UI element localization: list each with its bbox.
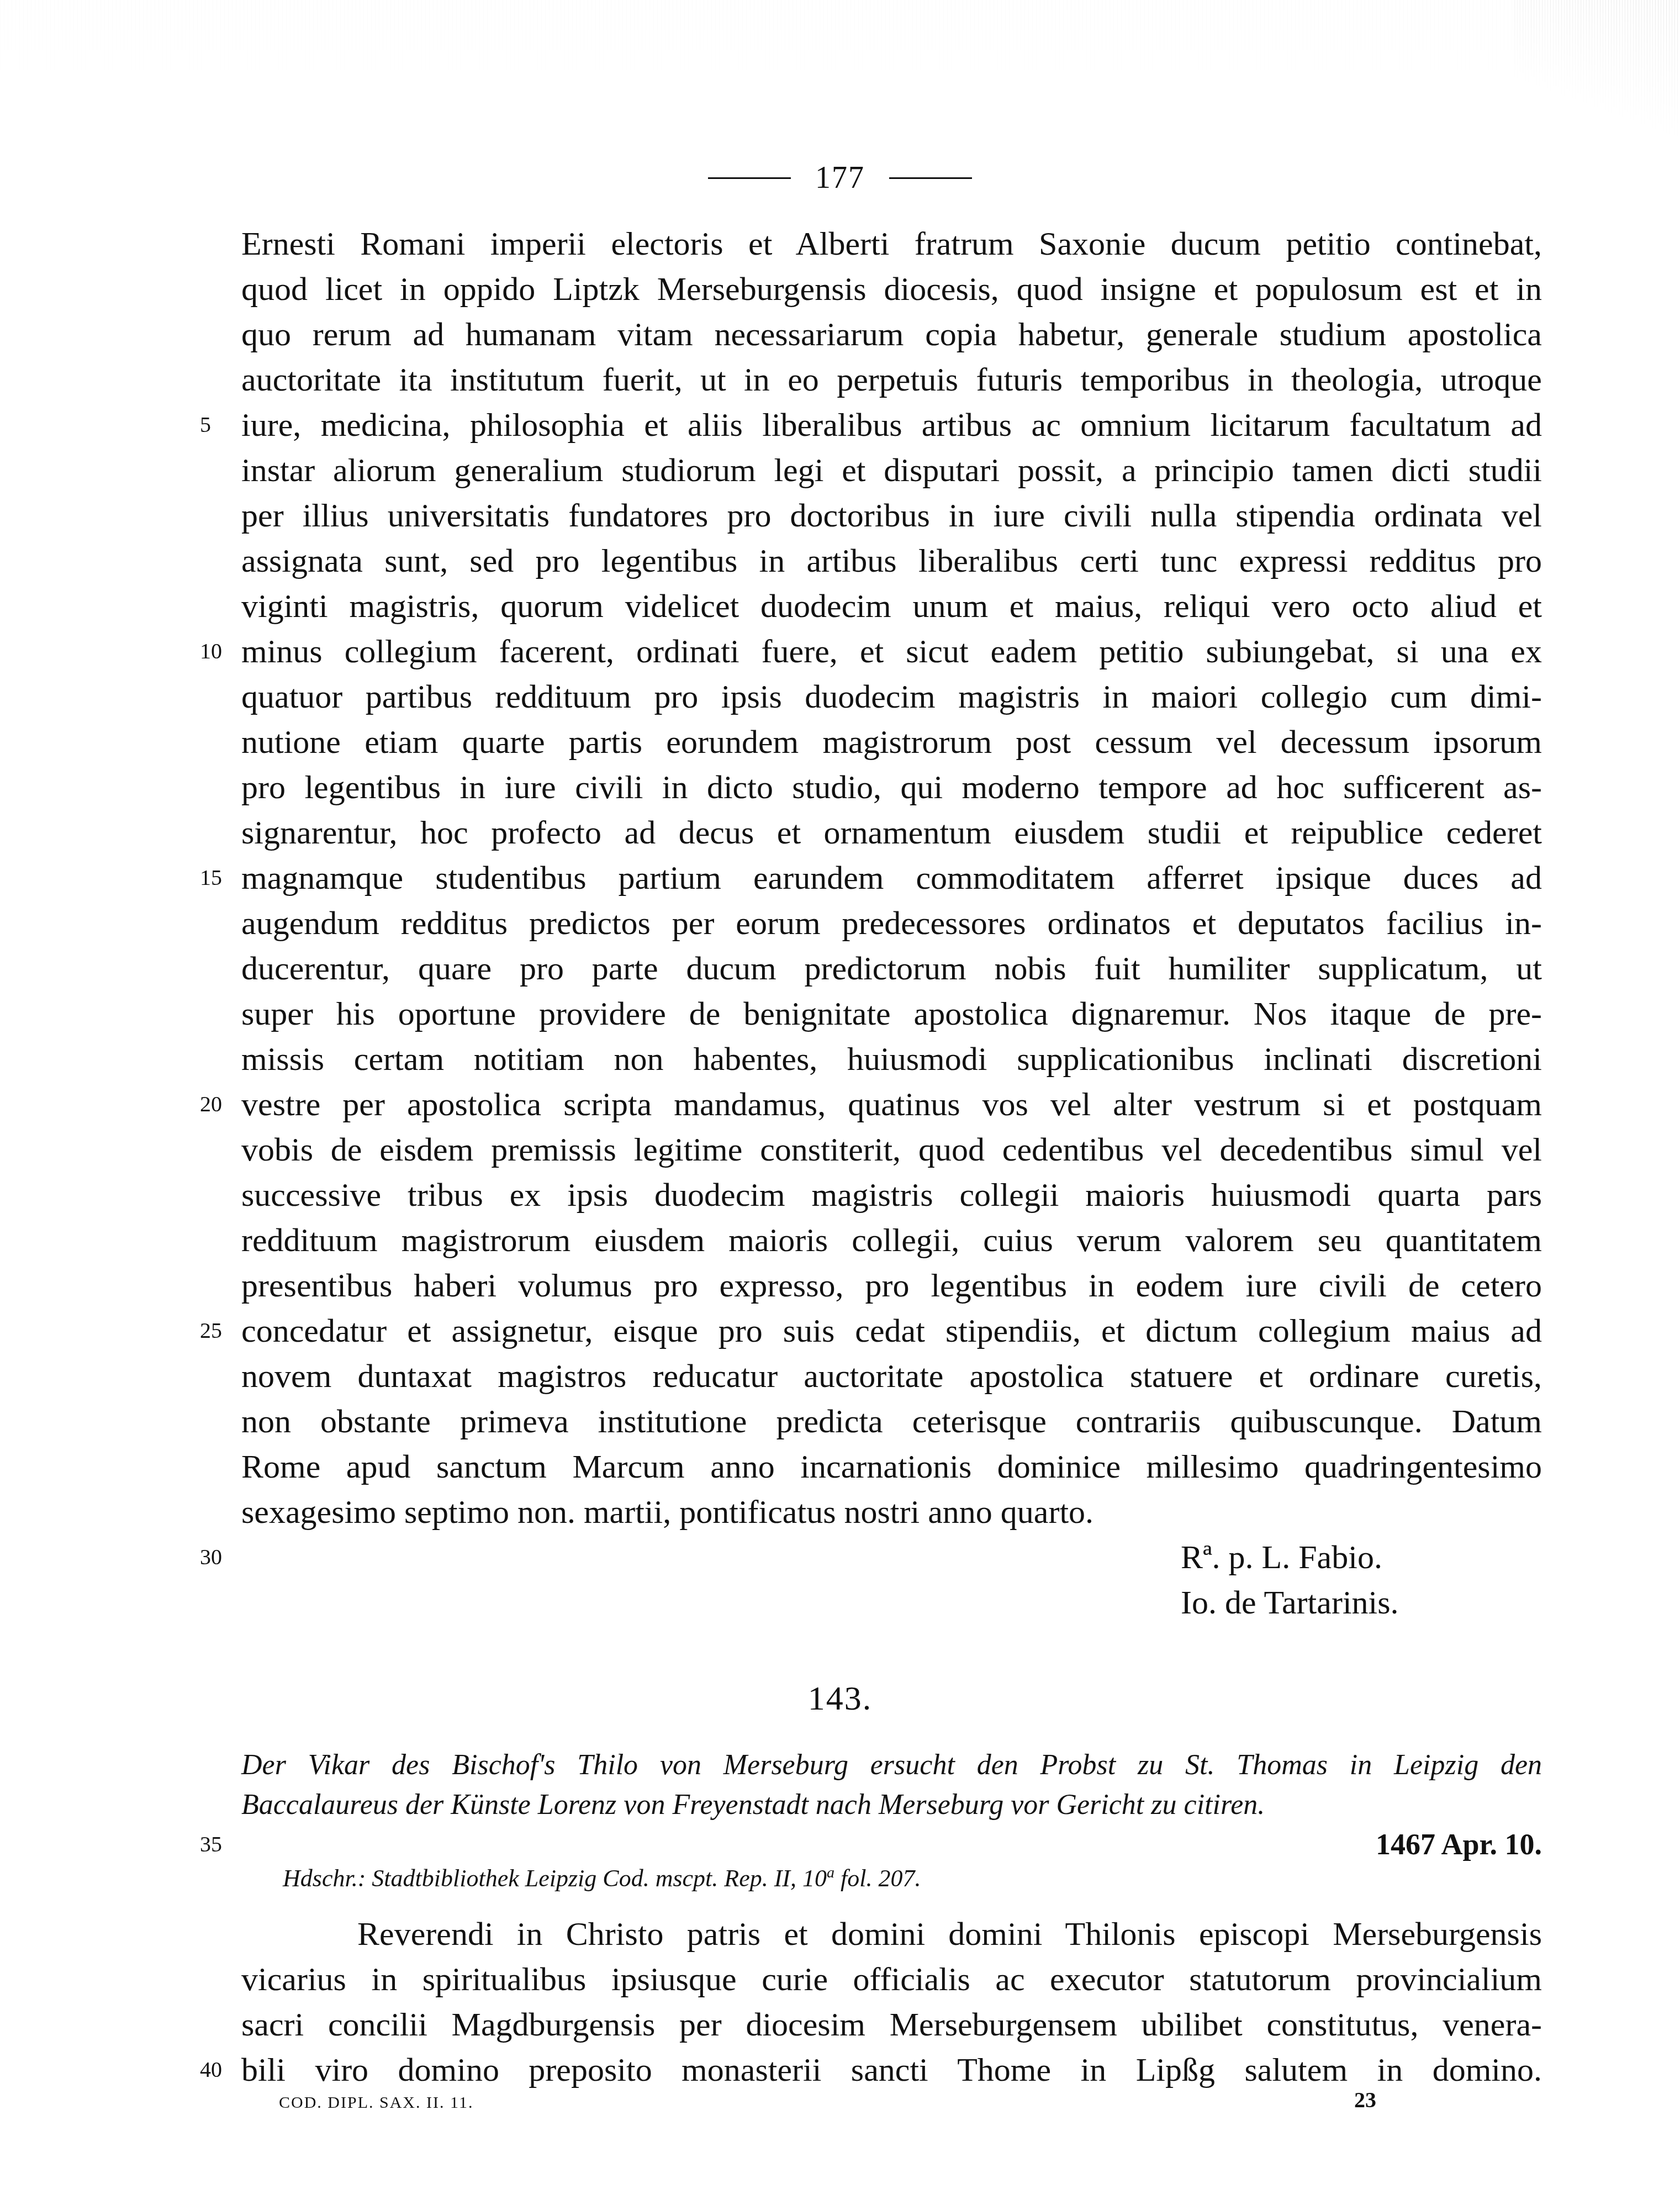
line-number: 15 bbox=[200, 855, 233, 900]
text-line: nutione etiam quarte partis eorundem mag… bbox=[241, 719, 1542, 764]
text-line: super his oportune providere de benignit… bbox=[241, 991, 1542, 1036]
text-line: Ernesti Romani imperii electoris et Albe… bbox=[241, 221, 1542, 266]
scan-artifact-top bbox=[0, 0, 1680, 144]
scan-artifact-top-right bbox=[1514, 0, 1680, 144]
text-line: novem duntaxat magistros reducatur aucto… bbox=[241, 1353, 1542, 1399]
text-line: missis certam notitiam non habentes, hui… bbox=[241, 1036, 1542, 1082]
summary-line: Der Vikar des Bischof's Thilo von Merseb… bbox=[241, 1745, 1542, 1785]
source-reference: Hdschr.: Stadtbibliothek Leipzig Cod. ms… bbox=[283, 1864, 921, 1892]
text-line: pro legentibus in iure civili in dicto s… bbox=[241, 764, 1542, 810]
text-line: successive tribus ex ipsis duodecim magi… bbox=[241, 1172, 1542, 1217]
footer-sheet-number: 23 bbox=[1354, 2087, 1376, 2113]
text-line: non obstante primeva institutione predic… bbox=[241, 1399, 1542, 1444]
text-line: vobis de eisdem premissis legitime const… bbox=[241, 1127, 1542, 1172]
text-line: reddituum magistrorum eiusdem maioris co… bbox=[241, 1217, 1542, 1263]
text-line: Rome apud sanctum Marcum anno incarnatio… bbox=[241, 1444, 1542, 1489]
text-line: 10minus collegium facerent, ordinati fue… bbox=[241, 629, 1542, 674]
line-number: 35 bbox=[200, 1831, 222, 1857]
line-number: 25 bbox=[200, 1308, 233, 1353]
summary-line: Baccalaureus der Künste Lorenz von Freye… bbox=[241, 1785, 1542, 1825]
signature-fabio: Rª. p. L. Fabio. bbox=[1181, 1534, 1382, 1580]
text-line: vicarius in spiritualibus ipsiusque curi… bbox=[241, 1956, 1542, 2002]
text-line: auctoritate ita institutum fuerit, ut in… bbox=[241, 357, 1542, 402]
line-number: 40 bbox=[200, 2047, 233, 2092]
text-line: 20vestre per apostolica scripta mandamus… bbox=[241, 1082, 1542, 1127]
text-line: 40bili viro domino preposito monasterii … bbox=[241, 2047, 1542, 2092]
text-line: ducerentur, quare pro parte ducum predic… bbox=[241, 946, 1542, 991]
text-line: augendum redditus predictos per eorum pr… bbox=[241, 900, 1542, 946]
text-line: quatuor partibus reddituum pro ipsis duo… bbox=[241, 674, 1542, 719]
footer-signature-mark: COD. DIPL. SAX. II. 11. bbox=[279, 2093, 473, 2112]
page-number: 177 bbox=[815, 161, 865, 195]
text-line: 15magnamque studentibus partium earundem… bbox=[241, 855, 1542, 900]
header-rule-right bbox=[889, 177, 972, 179]
text-line: quo rerum ad humanam vitam necessariarum… bbox=[241, 312, 1542, 357]
line-number: 10 bbox=[200, 629, 233, 674]
text-line: 25concedatur et assignetur, eisque pro s… bbox=[241, 1308, 1542, 1353]
text-line: signarentur, hoc profecto ad decus et or… bbox=[241, 810, 1542, 855]
text-line: instar aliorum generalium studiorum legi… bbox=[241, 447, 1542, 493]
text-line: per illius universitatis fundatores pro … bbox=[241, 493, 1542, 538]
text-line: 5iure, medicina, philosophia et aliis li… bbox=[241, 402, 1542, 447]
text-line: viginti magistris, quorum videlicet duod… bbox=[241, 583, 1542, 629]
text-line: quod licet in oppido Liptzk Merseburgens… bbox=[241, 266, 1542, 312]
page-header: 177 bbox=[0, 160, 1680, 196]
document-date: 1467 Apr. 10. bbox=[1376, 1827, 1542, 1861]
text-line: assignata sunt, sed pro legentibus in ar… bbox=[241, 538, 1542, 583]
signature-tartarinis: Io. de Tartarinis. bbox=[1181, 1580, 1399, 1625]
text-line: sacri concilii Magdburgensis per diocesi… bbox=[241, 2002, 1542, 2047]
document-number: 143. bbox=[0, 1679, 1680, 1718]
header-rule-left bbox=[708, 177, 791, 179]
text-line: sexagesimo septimo non. martii, pontific… bbox=[241, 1489, 1542, 1534]
text-line: Reverendi in Christo patris et domini do… bbox=[241, 1911, 1542, 1956]
line-number: 20 bbox=[200, 1082, 233, 1127]
line-number: 30 bbox=[200, 1534, 233, 1580]
line-number: 5 bbox=[200, 402, 233, 447]
text-line: presentibus haberi volumus pro expresso,… bbox=[241, 1263, 1542, 1308]
